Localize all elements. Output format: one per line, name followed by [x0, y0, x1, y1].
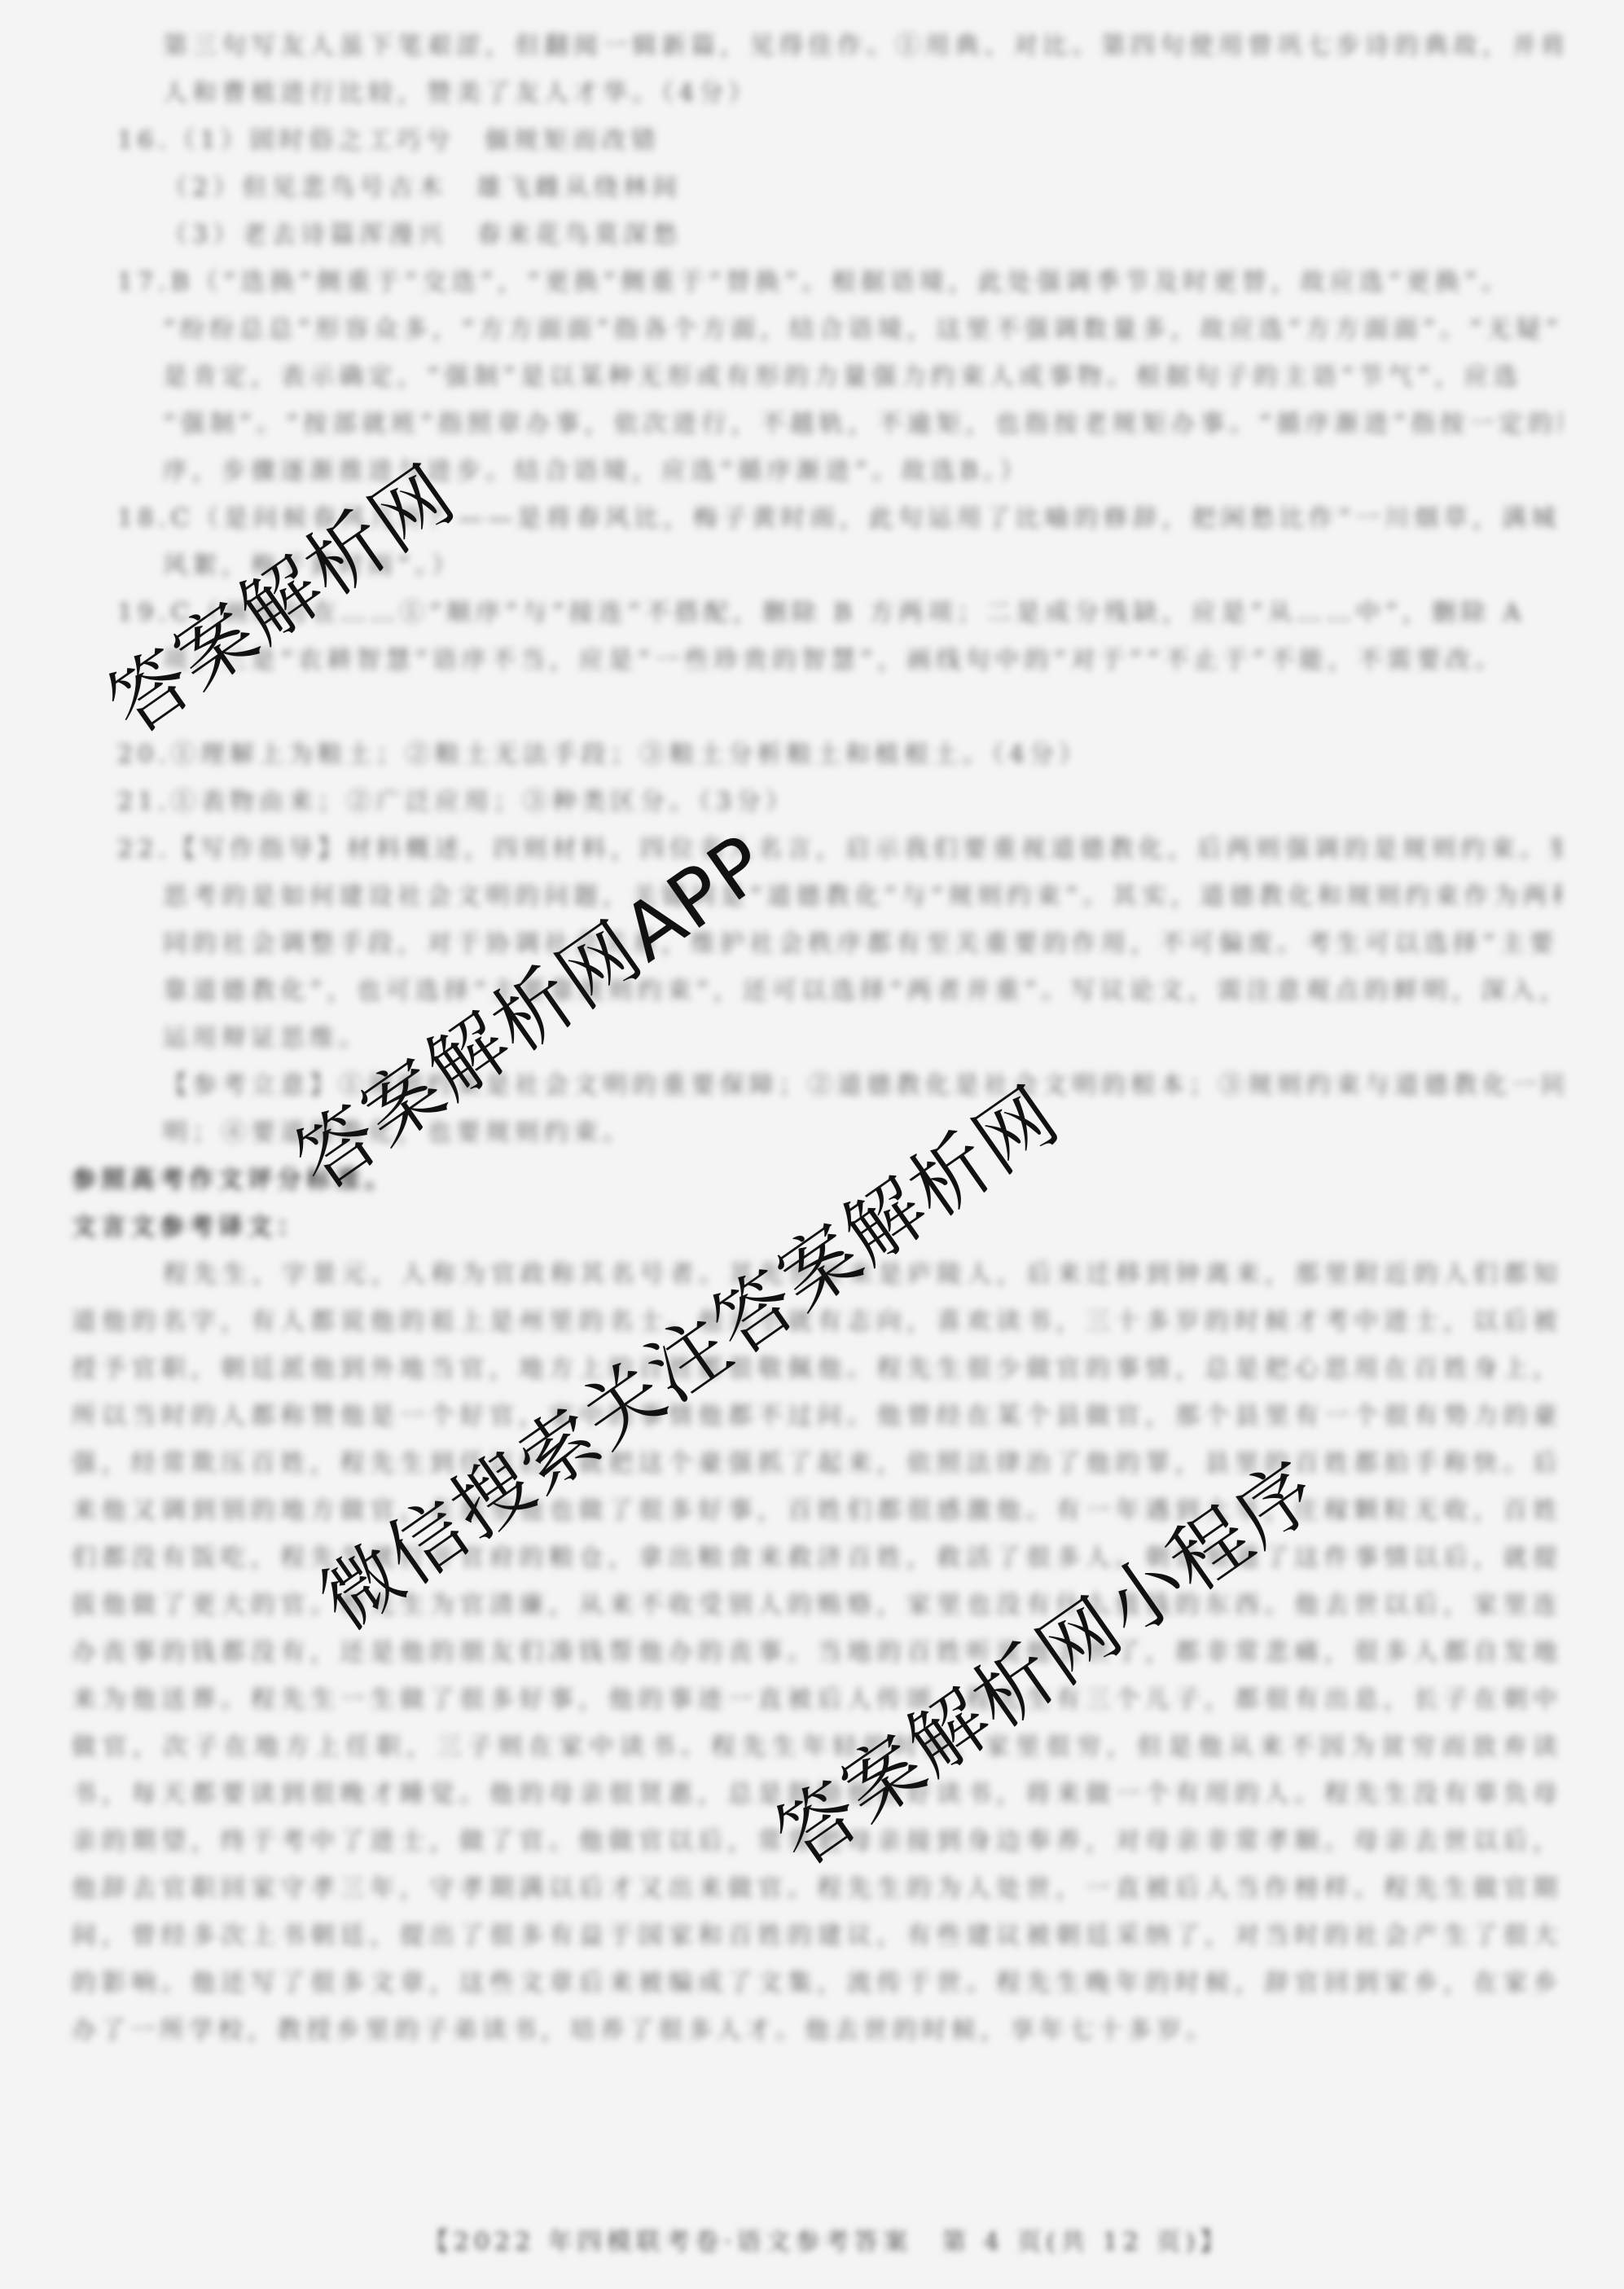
text-line: 17.B（“迭换”侧重于“交迭”，“更换”侧重于“替换”。根据语境，此处强调季节… [72, 259, 1562, 306]
text-line: 21.①表物由来；②广泛应用；③种类区分。（3分） [72, 779, 1562, 826]
text-line: （2）但见悲鸟号古木 雄飞雌从绕林间 [72, 165, 1562, 212]
text-line: 同的社会调整手段，对于协调社会关系，维护社会秩序都有至关重要的作用，不可偏废。考… [72, 920, 1562, 968]
text-line: “强制”。“按部就班”指照章办事，依次进行，不越轨，不逾矩，也指按老规矩办事。“… [72, 401, 1562, 448]
text-line [72, 684, 1562, 732]
text-line: “纷纷总总”形容众多，“方方面面”指各个方面，结合语境，这里不强调数量多，故应选… [72, 306, 1562, 354]
text-line: 运用辩证思维。 [72, 1015, 1562, 1062]
text-line: 思考的是如何建设社会文明的问题，关键词是“道德教化”与“规则约束”。其实，道德教… [72, 873, 1562, 920]
text-line: 22.【写作指导】材料概述，四则材料，四位名人名言，启示我们要重视道德教化，后两… [72, 826, 1562, 873]
text-line: 第三句写友人虽下笔艰涩，但翻阅一辑新篇，见得佳作。①用典、对比。第四句使用曾巩七… [72, 23, 1562, 70]
text-line: 人和曹植进行比较，赞美了友人才华。（4分） [72, 70, 1562, 117]
text-line: 序，步骤逐渐推进与进步。结合语境，应选“循序渐进”。故选B。） [72, 448, 1562, 495]
page-footer: 【2022 年四模联考卷·语文参考答案 第 4 页(共 12 页)】 [411, 2221, 1242, 2257]
text-line: （3）老去诗篇浑漫兴 春来花鸟莫深愁 [72, 212, 1562, 259]
text-line: 是肯定，表示确定，“强制”是以某种无形或有形的力量强力约束人或事物。根据句子的主… [72, 354, 1562, 401]
text-line: 16.（1）固时俗之工巧兮 偭规矩而改错 [72, 117, 1562, 165]
document-page: 第三句写友人虽下笔艰涩，但翻阅一辑新篇，见得佳作。①用典、对比。第四句使用曾巩七… [0, 0, 1624, 2289]
text-line: 靠道德教化”，也可选择“主要靠规则约束”，还可以选择“两者并重”。写议论文，需注… [72, 968, 1562, 1015]
translation-paragraph: 程先生，字景元，人称为官政称其名号者。其先世原来是庐陵人，后来迁移到钟离来，那里… [72, 1251, 1562, 2054]
text-line: 20.①理解上为粮土；②粮土无法手段；③粮土分析粮土和植根土。（4分） [72, 732, 1562, 779]
